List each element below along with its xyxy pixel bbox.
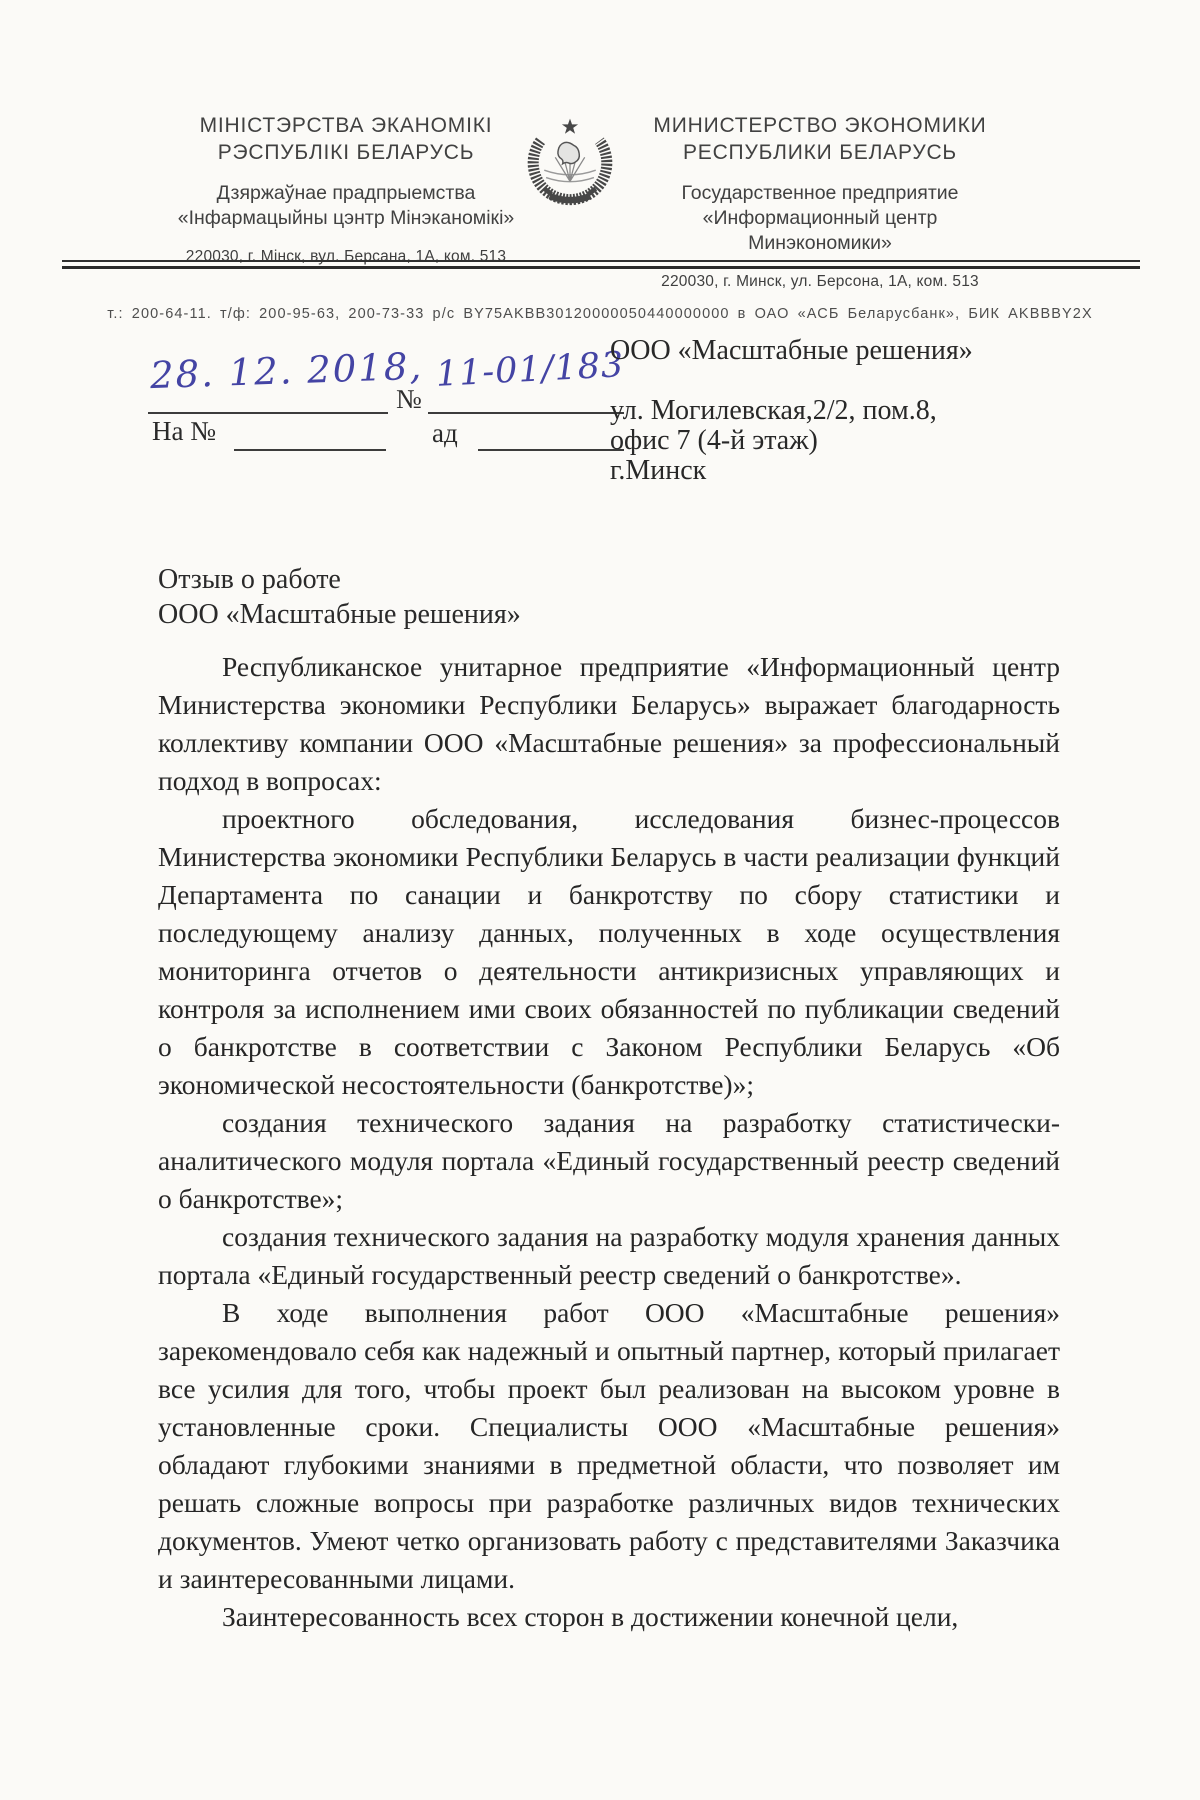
scanned-letter-page: МІНІСТЭРСТВА ЭКАНОМІКІ РЭСПУБЛІКІ БЕЛАРУ… — [0, 0, 1200, 1800]
letterhead-divider-rule — [62, 260, 1140, 269]
from-date-underline — [478, 449, 624, 451]
subject-line2: ООО «Масштабные решения» — [158, 597, 521, 632]
body-paragraph: Заинтересованность всех сторон в достиже… — [158, 1598, 1060, 1636]
bank-details-line: т.: 200-64-11. т/ф: 200-95-63, 200-73-33… — [0, 306, 1200, 322]
ministry-name-by-line1: МІНІСТЭРСТВА ЭКАНОМІКІ — [176, 112, 516, 139]
org-address-ru: 220030, г. Минск, ул. Берсона, 1А, ком. … — [642, 273, 998, 291]
from-date-label: ад — [432, 418, 458, 449]
org-name-by: Дзяржаўнае прадпрыемства «Інфармацыйны ц… — [176, 181, 516, 231]
ministry-name-by-line2: РЭСПУБЛІКІ БЕЛАРУСЬ — [176, 139, 516, 166]
ministry-name-ru-line1: МИНИСТЕРСТВО ЭКОНОМИКИ — [642, 112, 998, 139]
handwritten-date: 28. 12. 2018, — [149, 346, 390, 397]
addressee-street: ул. Могилевская,2/2, пом.8, — [610, 396, 1060, 426]
org-name-ru: Государственное предприятие «Информацион… — [642, 181, 998, 256]
addressee-block: ООО «Масштабные решения» ул. Могилевская… — [610, 336, 1060, 486]
ministry-name-ru-line2: РЕСПУБЛИКИ БЕЛАРУСЬ — [642, 139, 998, 166]
addressee-city: г.Минск — [610, 456, 1060, 486]
incoming-number-underline — [234, 449, 386, 451]
body-paragraph: создания технического задания на разрабо… — [158, 1218, 1060, 1294]
body-paragraph: Республиканское унитарное предприятие «И… — [158, 648, 1060, 800]
body-paragraph: проектного обследования, исследования би… — [158, 800, 1060, 1104]
addressee-org: ООО «Масштабные решения» — [610, 336, 1060, 366]
body-paragraph: создания технического задания на разрабо… — [158, 1104, 1060, 1218]
handwritten-outgoing-number: 11-01/183 — [429, 345, 631, 395]
org-name-by-line2: «Інфармацыйны цэнтр Мінэканомікі» — [176, 206, 516, 231]
org-name-ru-line1: Государственное предприятие — [642, 181, 998, 206]
org-name-by-line1: Дзяржаўнае прадпрыемства — [176, 181, 516, 206]
subject-title: Отзыв о работе ООО «Масштабные решения» — [158, 562, 521, 632]
incoming-number-label: На № — [152, 416, 216, 447]
letter-body: Республиканское унитарное предприятие «И… — [158, 648, 1060, 1636]
number-underline — [428, 412, 624, 414]
org-name-ru-line2: «Информационный центр Минэкономики» — [642, 206, 998, 256]
addressee-office: офис 7 (4-й этаж) — [610, 426, 1060, 456]
body-paragraph: В ходе выполнения работ ООО «Масштабные … — [158, 1294, 1060, 1598]
subject-line1: Отзыв о работе — [158, 562, 521, 597]
letterhead-belarusian: МІНІСТЭРСТВА ЭКАНОМІКІ РЭСПУБЛІКІ БЕЛАРУ… — [176, 112, 516, 266]
number-sign-label: № — [396, 384, 422, 415]
date-underline — [148, 412, 388, 414]
belarus-coat-of-arms-icon — [524, 108, 616, 214]
